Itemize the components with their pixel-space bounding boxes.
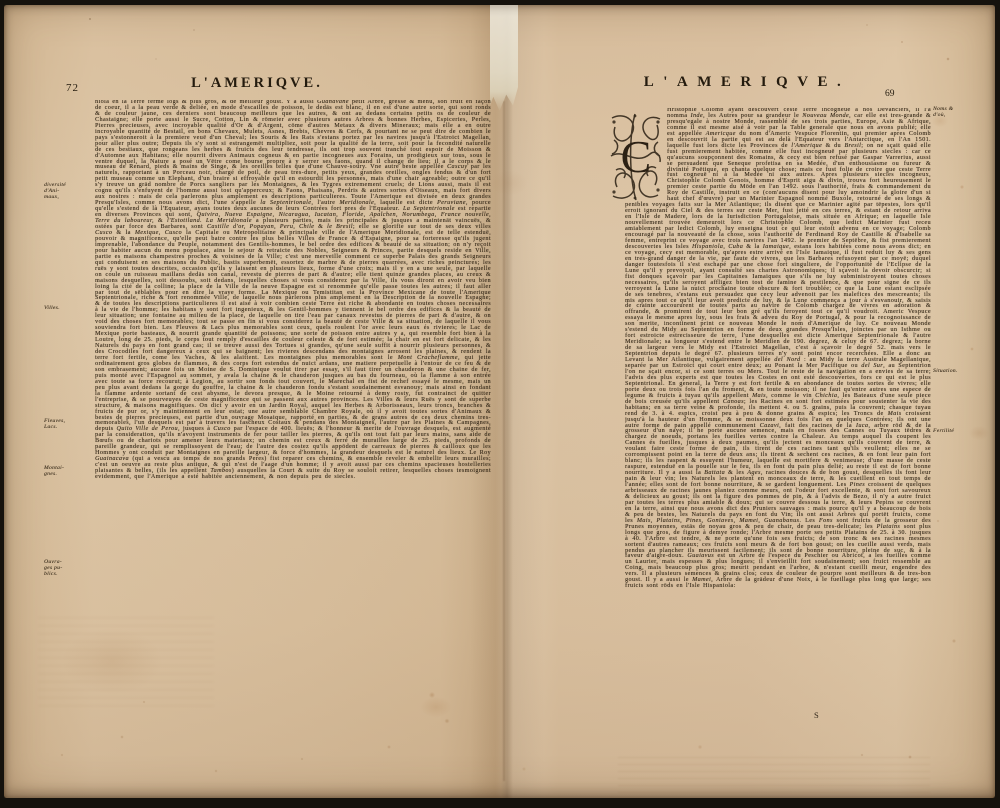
- margin-note-animaux: diversité d'Ani- maux,: [44, 182, 94, 200]
- margin-note-noms: Noms & d'où,: [933, 106, 993, 118]
- margin-note-fertilite: Fertilité: [933, 428, 993, 434]
- body-right-runs: Hristophle Colomb ayant descouvert ceste…: [625, 108, 931, 589]
- tape-repair: [490, 5, 518, 113]
- margin-note-villes: Villes.: [44, 305, 94, 311]
- page-number-right: 69: [885, 89, 895, 99]
- fold-crease: [503, 101, 505, 781]
- running-title-left: L'AMERIQVE.: [92, 75, 422, 92]
- showthrough-ghost-right: [618, 757, 930, 799]
- paper-spread: 72 L'AMERIQVE. diversité d'Ani- maux, Vi…: [4, 5, 995, 798]
- signature-mark: S: [814, 710, 819, 720]
- body-text-right: Hristophle Colomb ayant descouvert ceste…: [625, 108, 931, 711]
- book-scan: { "colors": { "paper": "#d8c1a1", "ink":…: [0, 0, 1000, 808]
- margin-note-ouvrages-publics: Ouvra- ges pu- blics.: [44, 559, 94, 577]
- drop-cap-spacer: [625, 108, 667, 202]
- margin-note-montaignes: Montai- gnes.: [44, 465, 94, 477]
- margin-note-fleuves-lacs: Fleuves, Lacs.: [44, 418, 94, 430]
- running-title-right: L'AMERIQVE.: [616, 74, 878, 91]
- showthrough-ghost-left: [38, 617, 214, 713]
- margin-note-situation: Situation.: [933, 368, 993, 374]
- page-number-left: 72: [66, 82, 79, 94]
